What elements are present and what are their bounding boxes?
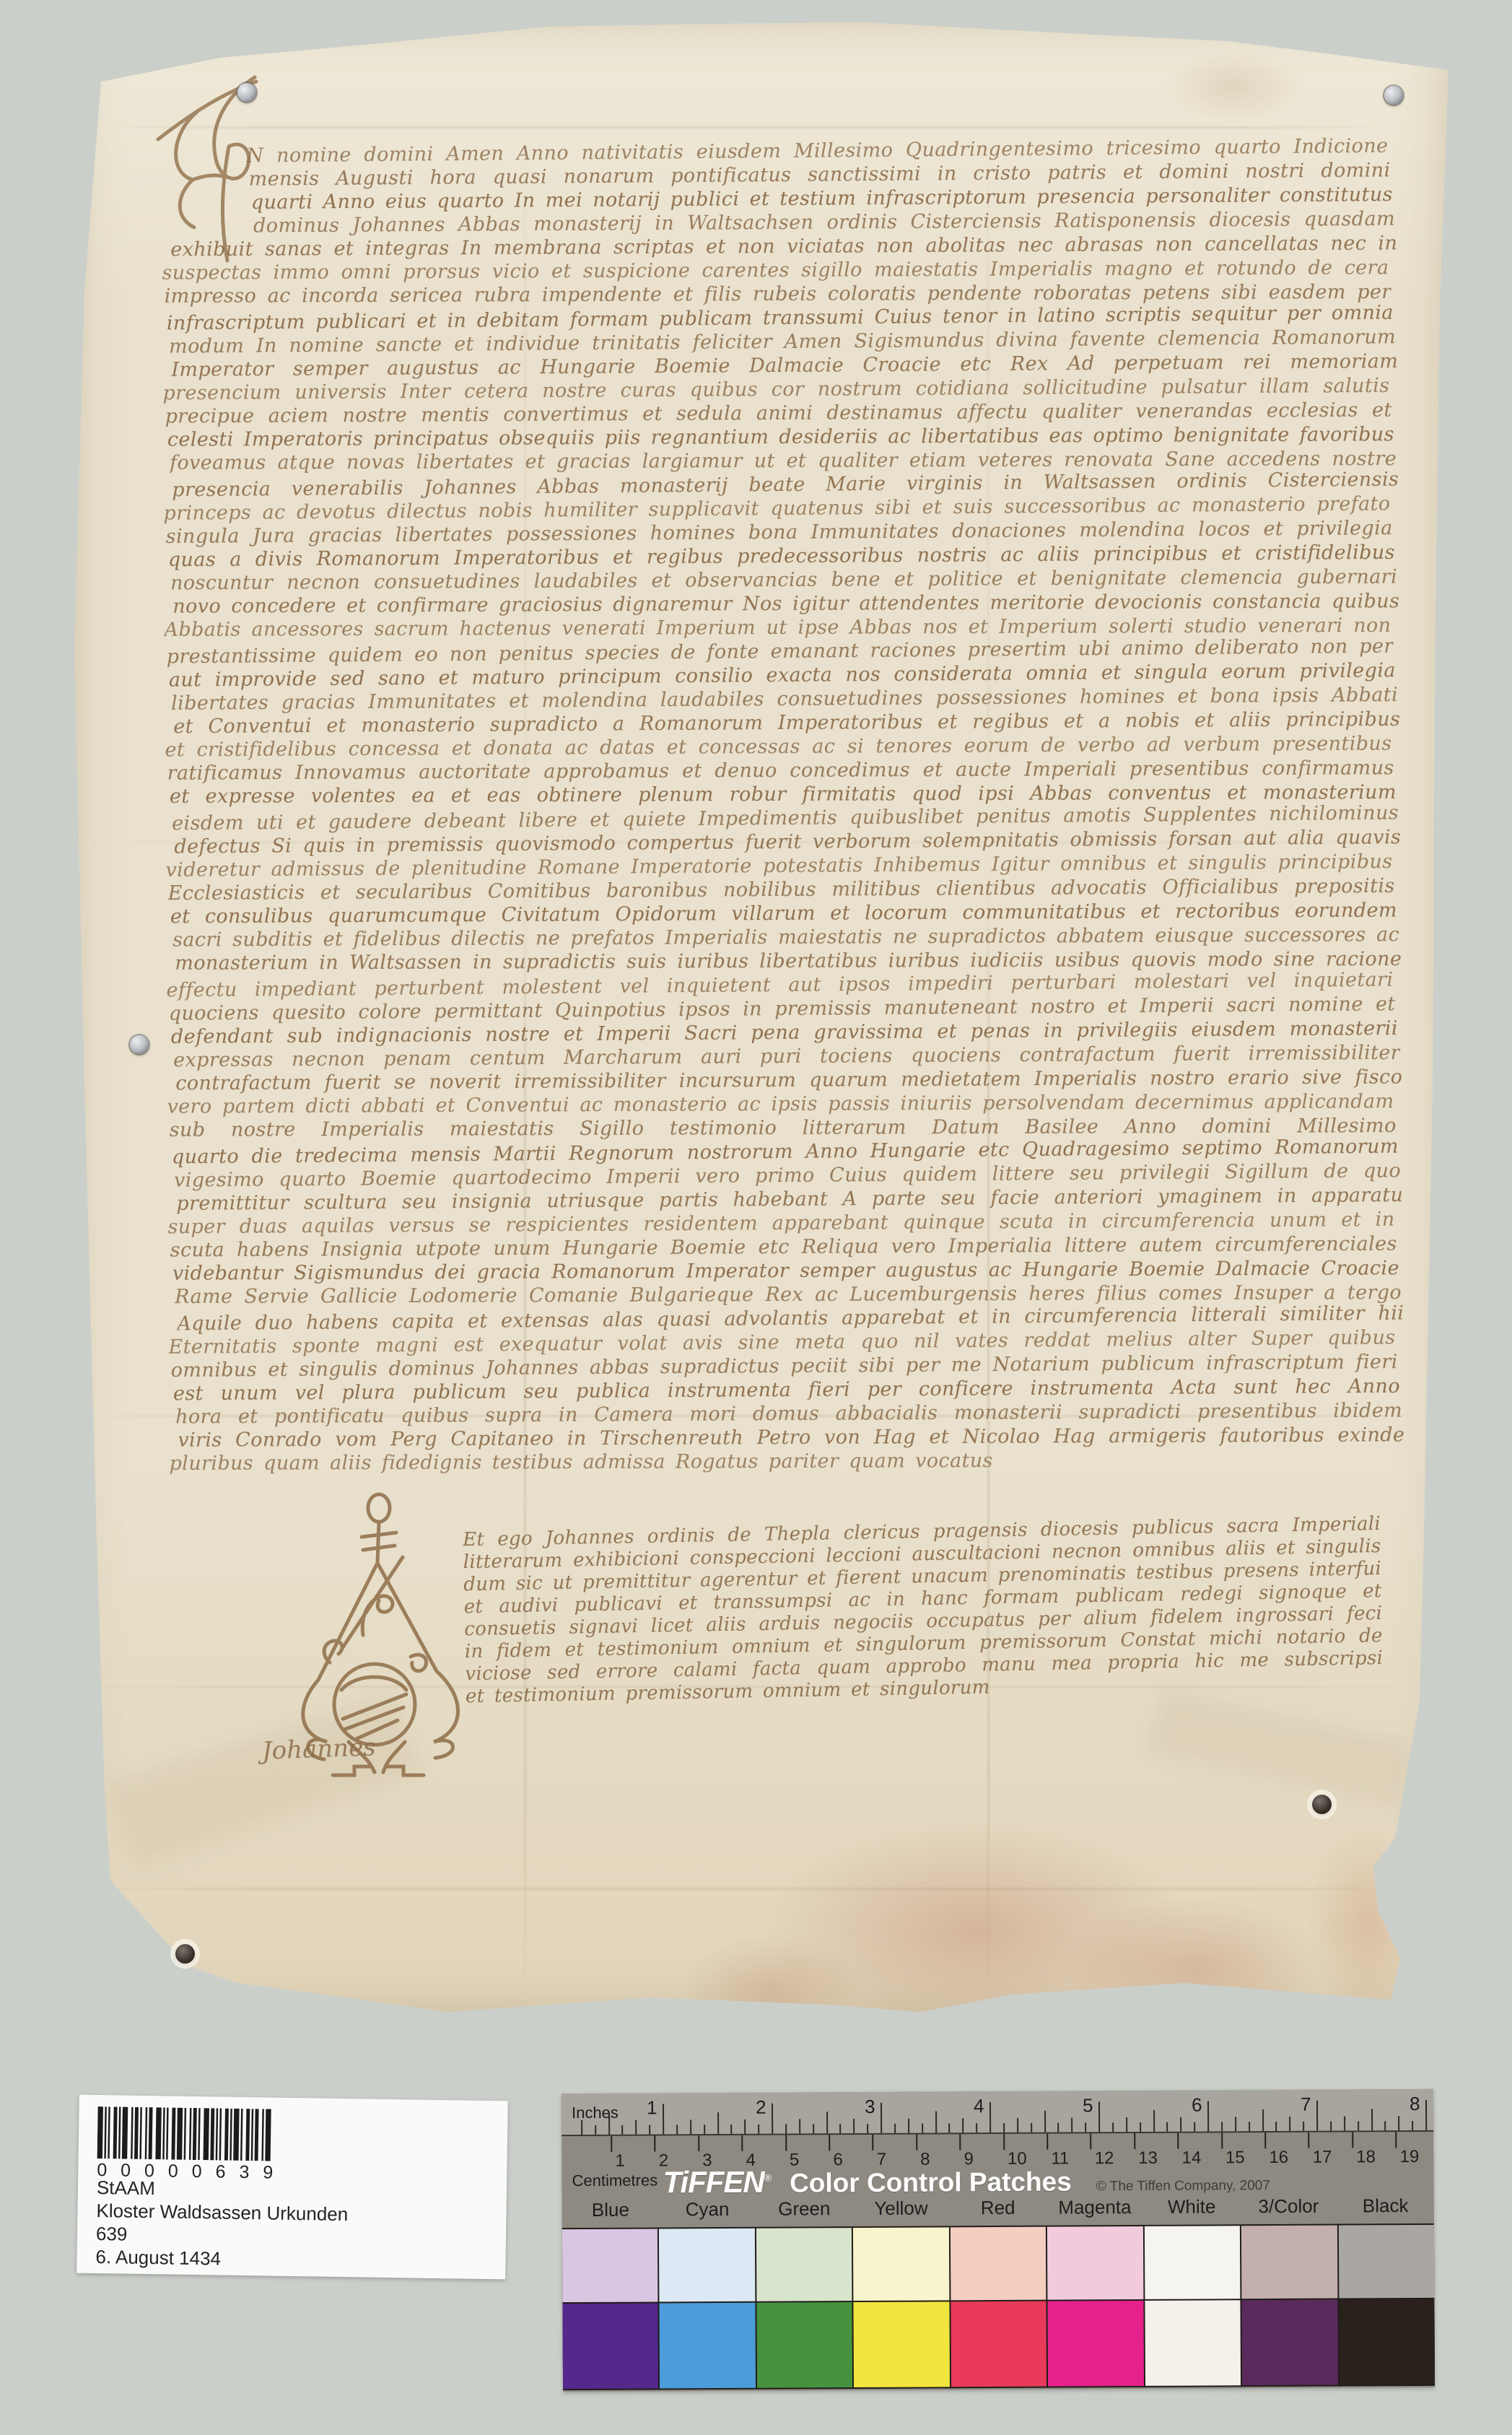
- inch-tick: [1044, 2111, 1046, 2133]
- document-number: 639: [96, 2222, 348, 2249]
- inch-number: 2: [756, 2096, 766, 2119]
- cm-tick: [1308, 2133, 1310, 2148]
- patch-label: Green: [756, 2197, 852, 2221]
- cm-number: 2: [659, 2151, 669, 2171]
- color-patch-light-white: [1145, 2226, 1241, 2299]
- cm-number: 6: [833, 2150, 843, 2170]
- inch-tick: [1031, 2123, 1032, 2133]
- inch-tick: [867, 2124, 868, 2133]
- color-patch-light-magenta: [1047, 2226, 1143, 2300]
- cm-tick: [916, 2135, 917, 2151]
- cm-tick: [1046, 2134, 1048, 2150]
- manuscript-line: pluribus quam aliis fidedignis testibus …: [169, 1447, 1396, 1476]
- cm-number: 4: [746, 2151, 756, 2171]
- inch-number: 4: [974, 2095, 984, 2117]
- inch-tick: [1303, 2122, 1304, 2131]
- color-patch-light-3-color: [1241, 2226, 1337, 2299]
- inch-tick: [1398, 2116, 1399, 2130]
- cm-number: 16: [1269, 2148, 1288, 2168]
- cm-tick: [1003, 2134, 1005, 2150]
- inch-tick: [976, 2123, 977, 2133]
- cm-number: 10: [1008, 2149, 1027, 2169]
- fold-crease: [97, 126, 1397, 128]
- archive-name: StAAM: [97, 2176, 349, 2203]
- color-patch-solid-yellow: [854, 2301, 950, 2387]
- registered-mark: ®: [764, 2172, 771, 2184]
- cm-tick: [655, 2135, 656, 2151]
- fold-crease: [87, 1888, 1415, 1890]
- inch-tick: [922, 2124, 923, 2133]
- inch-tick: [880, 2103, 882, 2133]
- cm-number: 1: [615, 2151, 625, 2172]
- mounting-pin-icon: [130, 1035, 149, 1054]
- patch-label: Blue: [562, 2198, 659, 2221]
- cm-number: 7: [877, 2150, 887, 2170]
- inch-tick: [704, 2125, 705, 2134]
- inch-tick: [908, 2119, 909, 2133]
- inch-tick: [1358, 2121, 1359, 2130]
- cm-number: 9: [964, 2149, 974, 2169]
- barcode: [97, 2107, 274, 2161]
- inch-tick: [1289, 2117, 1290, 2131]
- archive-label-text: StAAM Kloster Waldsassen Urkunden 639 6.…: [95, 2176, 349, 2272]
- document-date: 6. August 1434: [95, 2245, 347, 2272]
- patch-grid: [562, 2223, 1435, 2390]
- cm-number: 8: [920, 2149, 930, 2169]
- inch-tick: [1262, 2109, 1264, 2131]
- cm-tick: [1091, 2133, 1092, 2149]
- color-patch-light-green: [756, 2228, 852, 2301]
- inch-number: 6: [1192, 2094, 1202, 2117]
- patch-label: Cyan: [659, 2198, 756, 2221]
- inch-tick: [989, 2102, 991, 2133]
- inch-tick: [608, 2113, 610, 2135]
- inch-tick: [949, 2123, 951, 2133]
- inch-tick: [1371, 2109, 1373, 2130]
- cm-number: 11: [1051, 2148, 1069, 2169]
- cm-number: 18: [1356, 2147, 1376, 2167]
- inch-tick: [744, 2120, 746, 2134]
- inch-tick: [894, 2124, 896, 2133]
- inch-tick: [1071, 2117, 1072, 2132]
- inch-number: 8: [1410, 2093, 1420, 2115]
- mounting-pin-icon: [237, 83, 256, 102]
- inch-tick: [853, 2119, 855, 2133]
- inch-ruler: Inches 12345678: [561, 2089, 1433, 2136]
- cm-number: 17: [1313, 2148, 1332, 2168]
- inch-tick: [663, 2104, 664, 2134]
- inch-tick: [1017, 2118, 1018, 2133]
- patch-label: Black: [1337, 2195, 1433, 2218]
- inch-tick: [1140, 2122, 1141, 2132]
- cm-number: 12: [1095, 2148, 1114, 2169]
- color-patch-light-yellow: [853, 2227, 949, 2301]
- inch-tick: [1412, 2121, 1413, 2130]
- inch-tick: [1249, 2122, 1250, 2131]
- inch-tick: [1085, 2122, 1086, 2132]
- inches-label: Inches: [572, 2104, 619, 2122]
- parchment-charter: N nomine domini Amen Anno nativitatis ei…: [69, 18, 1451, 2014]
- inch-tick: [1425, 2100, 1427, 2130]
- cm-tick: [959, 2134, 961, 2150]
- inch-tick: [1316, 2101, 1318, 2131]
- inch-number: 3: [865, 2096, 875, 2118]
- inch-tick: [717, 2112, 719, 2134]
- patch-label-row: BlueCyanGreenYellowRedMagentaWhite3/Colo…: [562, 2195, 1434, 2221]
- cm-tick: [1134, 2133, 1135, 2149]
- inch-tick: [635, 2120, 637, 2135]
- color-patch-light-red: [951, 2227, 1046, 2301]
- patch-label: 3/Color: [1240, 2195, 1337, 2218]
- color-patch-light-blue: [562, 2229, 658, 2302]
- mounting-pin-icon: [1312, 1795, 1332, 1814]
- charter-body-text: N nomine domini Amen Anno nativitatis ei…: [165, 136, 1400, 1477]
- inch-tick: [1003, 2123, 1005, 2133]
- cm-tick: [1264, 2133, 1266, 2148]
- inch-tick: [1207, 2101, 1209, 2131]
- cm-tick: [873, 2135, 874, 2151]
- cm-number: 19: [1400, 2147, 1420, 2167]
- color-patch-solid-red: [951, 2301, 1046, 2387]
- inch-tick: [1126, 2117, 1127, 2132]
- cm-tick: [698, 2135, 699, 2151]
- color-patch-solid-green: [756, 2302, 852, 2388]
- color-patch-solid-blue: [562, 2303, 658, 2389]
- inch-tick: [676, 2125, 678, 2134]
- inch-tick: [840, 2124, 842, 2133]
- cm-tick: [1395, 2132, 1397, 2148]
- fonds-name: Kloster Waldsassen Urkunden: [96, 2199, 348, 2226]
- inch-tick: [595, 2125, 596, 2135]
- inch-tick: [962, 2118, 963, 2133]
- mounting-pin-icon: [175, 1944, 195, 1964]
- color-control-card: Inches 12345678 Centimetres TiFFEN® Colo…: [561, 2089, 1435, 2392]
- inch-tick: [799, 2119, 800, 2133]
- notary-signature: Johannes: [261, 1733, 376, 1765]
- wrinkle-shading: [1148, 1689, 1415, 1806]
- inch-tick: [1235, 2117, 1236, 2131]
- patch-label: Magenta: [1046, 2196, 1143, 2219]
- inch-tick: [935, 2111, 937, 2133]
- cm-tick: [1221, 2133, 1223, 2148]
- inch-tick: [772, 2104, 773, 2134]
- inch-tick: [731, 2125, 733, 2134]
- patch-label: White: [1143, 2195, 1240, 2218]
- inch-number: 5: [1083, 2094, 1093, 2117]
- cm-tick: [785, 2135, 787, 2151]
- inch-tick: [649, 2125, 650, 2135]
- inch-tick: [1098, 2101, 1100, 2132]
- mounting-pin-icon: [1384, 86, 1403, 105]
- inch-tick: [1153, 2110, 1155, 2132]
- notary-subscription-text: Et ego Johannes ordinis de Thepla cleric…: [463, 1513, 1384, 1708]
- color-patch-solid-magenta: [1048, 2301, 1144, 2387]
- inch-tick: [1180, 2117, 1181, 2132]
- cm-tick: [1177, 2133, 1179, 2149]
- inch-tick: [581, 2120, 582, 2135]
- inch-tick: [826, 2112, 828, 2133]
- cm-number: 5: [790, 2150, 800, 2170]
- inch-tick: [690, 2120, 691, 2134]
- cm-tick: [741, 2135, 743, 2151]
- color-patch-light-black: [1338, 2225, 1434, 2299]
- color-patch-light-cyan: [659, 2229, 755, 2302]
- inch-number: 7: [1301, 2094, 1311, 2116]
- patch-label: Red: [950, 2197, 1046, 2220]
- patch-label: Yellow: [852, 2197, 949, 2220]
- inch-tick: [1385, 2121, 1386, 2130]
- inch-number: 1: [647, 2096, 657, 2119]
- inch-tick: [1058, 2123, 1059, 2133]
- color-patch-solid-white: [1145, 2300, 1241, 2386]
- inch-tick: [1276, 2122, 1277, 2131]
- color-patch-solid-3-color: [1242, 2300, 1338, 2386]
- cm-number: 14: [1182, 2148, 1202, 2169]
- card-title: Color Control Patches: [790, 2166, 1072, 2198]
- inch-tick: [1194, 2122, 1195, 2132]
- inch-tick: [1330, 2122, 1332, 2131]
- cm-tick: [1352, 2132, 1353, 2148]
- cm-number: 13: [1138, 2148, 1158, 2169]
- cm-number: 15: [1225, 2148, 1245, 2168]
- color-patch-solid-black: [1339, 2299, 1435, 2385]
- inch-tick: [813, 2124, 814, 2133]
- cm-tick: [829, 2135, 830, 2151]
- cm-number: 3: [702, 2151, 712, 2171]
- copyright-note: © The Tiffen Company, 2007: [1096, 2178, 1270, 2195]
- inch-tick: [1221, 2122, 1223, 2131]
- inch-tick: [1167, 2122, 1168, 2132]
- inch-tick: [1112, 2122, 1114, 2132]
- inch-tick: [785, 2125, 787, 2134]
- archive-label: 00000639 StAAM Kloster Waldsassen Urkund…: [77, 2095, 508, 2280]
- inch-tick: [622, 2125, 624, 2135]
- inch-tick: [758, 2125, 759, 2134]
- cm-tick: [611, 2136, 612, 2152]
- archive-scan-page: N nomine domini Amen Anno nativitatis ei…: [0, 0, 1512, 2435]
- color-patch-solid-cyan: [660, 2303, 756, 2389]
- inch-tick: [1344, 2116, 1345, 2130]
- centimetres-label: Centimetres: [572, 2171, 657, 2190]
